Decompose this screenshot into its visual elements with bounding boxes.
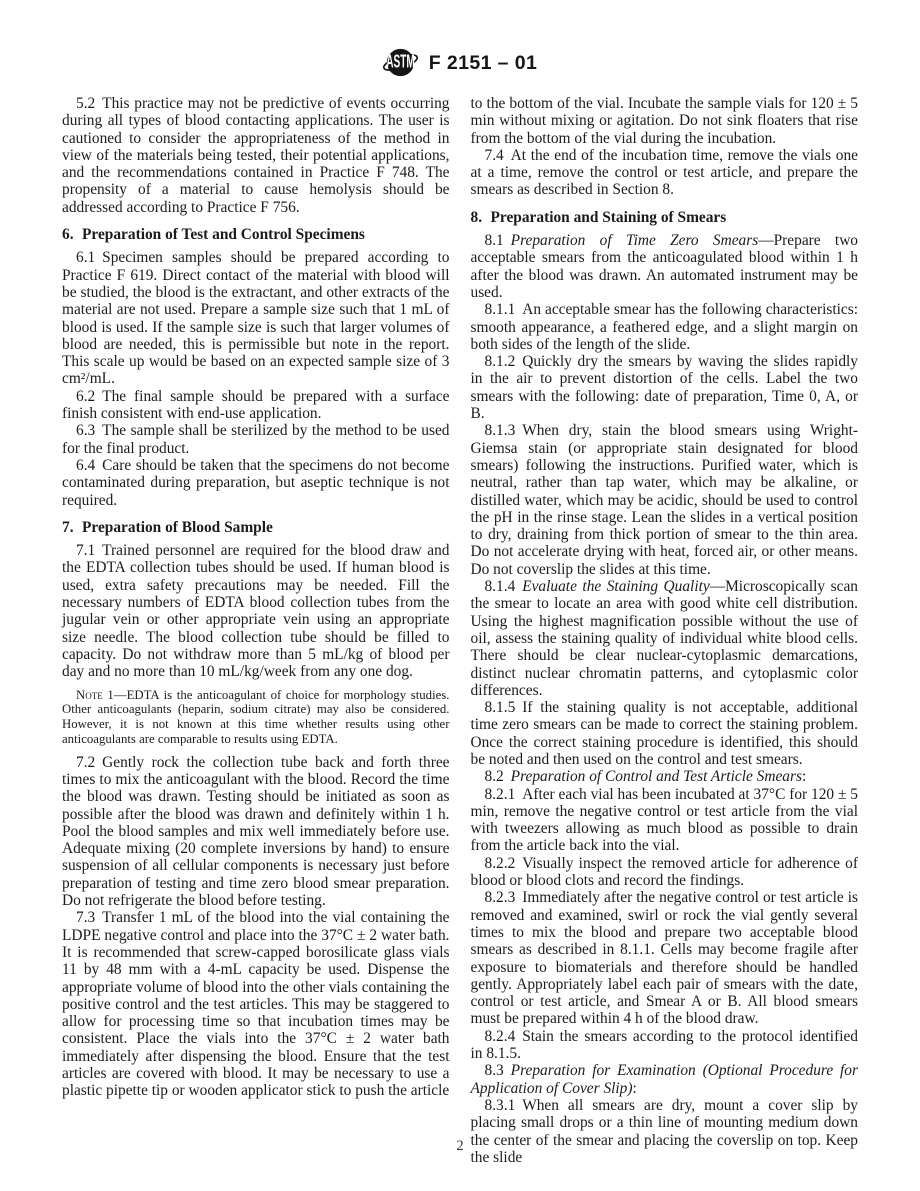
paragraph: 6.2The final sample should be prepared w… bbox=[62, 388, 450, 423]
paragraph: 7.4At the end of the incubation time, re… bbox=[471, 147, 859, 199]
paragraph: 8.1.5If the staining quality is not acce… bbox=[471, 699, 859, 768]
document-number: F 2151 – 01 bbox=[429, 52, 537, 75]
clause-number: 8.2.3 bbox=[485, 889, 516, 906]
clause-number: 8.3 bbox=[485, 1062, 504, 1079]
paragraph: 8.1.3When dry, stain the blood smears us… bbox=[471, 422, 859, 578]
paragraph: 8.2Preparation of Control and Test Artic… bbox=[471, 768, 859, 785]
note-label: Note 1— bbox=[76, 688, 127, 702]
clause-number: 7.2 bbox=[76, 754, 95, 771]
clause-number: 7.3 bbox=[76, 909, 95, 926]
two-column-body: 5.2This practice may not be predictive o… bbox=[62, 95, 858, 1166]
clause-number: 5.2 bbox=[76, 95, 95, 112]
paragraph: 6.1Specimen samples should be prepared a… bbox=[62, 249, 450, 387]
page-number: 2 bbox=[0, 1138, 920, 1155]
svg-text:ASTM: ASTM bbox=[386, 51, 414, 72]
paragraph: 7.1Trained personnel are required for th… bbox=[62, 542, 450, 680]
paragraph: 8.1.1An acceptable smear has the followi… bbox=[471, 301, 859, 353]
clause-number: 6. bbox=[62, 226, 74, 243]
section-heading: 8.Preparation and Staining of Smears bbox=[471, 209, 859, 226]
section-heading: 7.Preparation of Blood Sample bbox=[62, 519, 450, 536]
clause-number: 8.3.1 bbox=[485, 1097, 516, 1114]
paragraph: 6.4Care should be taken that the specime… bbox=[62, 457, 450, 509]
clause-number: 7.1 bbox=[76, 542, 95, 559]
clause-title: Preparation for Examination (Optional Pr… bbox=[471, 1062, 859, 1096]
clause-number: 8.1.3 bbox=[485, 422, 516, 439]
paragraph: 8.2.3Immediately after the negative cont… bbox=[471, 889, 859, 1027]
clause-number: 7. bbox=[62, 519, 74, 536]
clause-number: 7.4 bbox=[485, 147, 504, 164]
paragraph: 8.1Preparation of Time Zero Smears—Prepa… bbox=[471, 232, 859, 301]
clause-title: Preparation of Time Zero Smears bbox=[511, 232, 759, 249]
clause-number: 6.3 bbox=[76, 422, 95, 439]
paragraph: to the bottom of the vial. Incubate the … bbox=[471, 95, 859, 147]
clause-number: 8. bbox=[471, 209, 483, 226]
column-right: to the bottom of the vial. Incubate the … bbox=[471, 95, 859, 1166]
clause-number: 8.1.4 bbox=[485, 578, 516, 595]
clause-number: 8.1.1 bbox=[485, 301, 516, 318]
clause-number: 6.4 bbox=[76, 457, 95, 474]
page-header: ASTM F 2151 – 01 bbox=[62, 46, 858, 80]
paragraph: 8.2.4Stain the smears according to the p… bbox=[471, 1028, 859, 1063]
section-heading: 6.Preparation of Test and Control Specim… bbox=[62, 226, 450, 243]
paragraph: 7.2Gently rock the collection tube back … bbox=[62, 754, 450, 910]
paragraph: 6.3The sample shall be sterilized by the… bbox=[62, 422, 450, 457]
clause-number: 8.1.5 bbox=[485, 699, 516, 716]
column-left: 5.2This practice may not be predictive o… bbox=[62, 95, 450, 1166]
clause-number: 8.2.2 bbox=[485, 855, 516, 872]
clause-number: 8.2 bbox=[485, 768, 504, 785]
paragraph: 5.2This practice may not be predictive o… bbox=[62, 95, 450, 216]
paragraph: 8.3.1When all smears are dry, mount a co… bbox=[471, 1097, 859, 1166]
clause-number: 8.1.2 bbox=[485, 353, 516, 370]
clause-number: 6.2 bbox=[76, 388, 95, 405]
clause-number: 8.2.4 bbox=[485, 1028, 516, 1045]
paragraph: 8.2.2Visually inspect the removed articl… bbox=[471, 855, 859, 890]
paragraph: 8.1.4Evaluate the Staining Quality—Micro… bbox=[471, 578, 859, 699]
paragraph: 8.1.2Quickly dry the smears by waving th… bbox=[471, 353, 859, 422]
note-paragraph: Note 1—EDTA is the anticoagulant of choi… bbox=[62, 688, 450, 747]
paragraph: 8.3Preparation for Examination (Optional… bbox=[471, 1062, 859, 1097]
astm-logo-icon: ASTM bbox=[383, 46, 420, 80]
clause-title: Preparation of Control and Test Article … bbox=[511, 768, 802, 785]
paragraph: 7.3Transfer 1 mL of the blood into the v… bbox=[62, 909, 450, 1099]
clause-number: 6.1 bbox=[76, 249, 95, 266]
clause-title: Evaluate the Staining Quality bbox=[522, 578, 710, 595]
clause-number: 8.1 bbox=[485, 232, 504, 249]
document-page: ASTM F 2151 – 01 5.2This practice may no… bbox=[0, 0, 920, 1191]
clause-number: 8.2.1 bbox=[485, 786, 516, 803]
paragraph: 8.2.1After each vial has been incubated … bbox=[471, 786, 859, 855]
